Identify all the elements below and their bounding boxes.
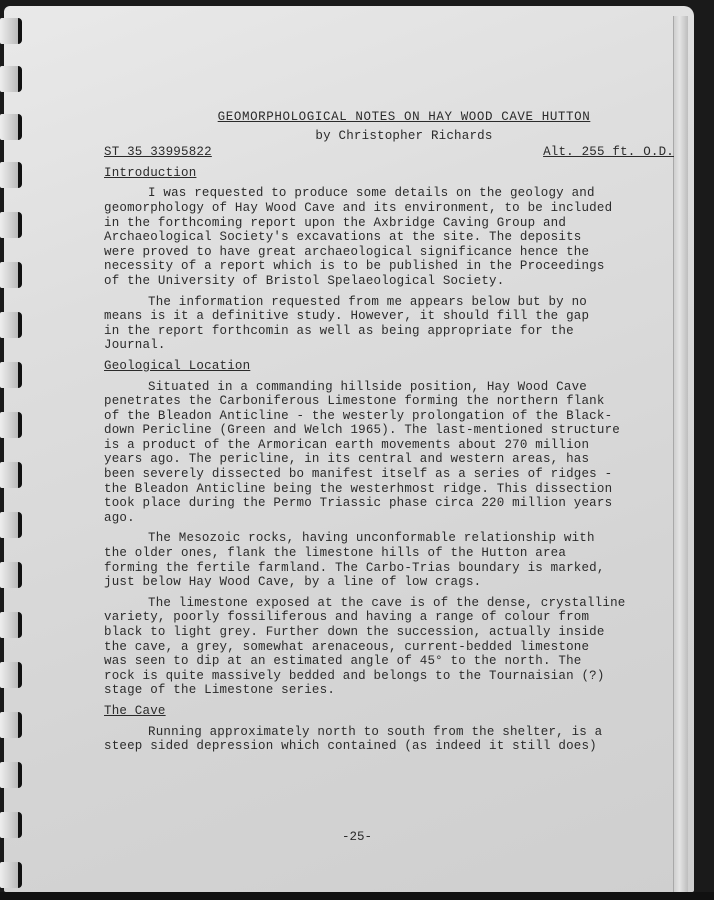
binding-ring bbox=[0, 312, 22, 338]
author-byline: by Christopher Richards bbox=[134, 129, 674, 144]
binding-ring bbox=[0, 462, 22, 488]
paragraph: Situated in a commanding hillside positi… bbox=[104, 380, 674, 526]
paragraph: Running approximately north to south fro… bbox=[104, 725, 674, 754]
paragraph: The information requested from me appear… bbox=[104, 295, 674, 353]
paragraph: The limestone exposed at the cave is of … bbox=[104, 596, 674, 698]
binding-ring bbox=[0, 862, 22, 888]
document-title: GEOMORPHOLOGICAL NOTES ON HAY WOOD CAVE … bbox=[134, 110, 674, 125]
paragraph: I was requested to produce some details … bbox=[104, 186, 674, 288]
reference-row: ST 35 33995822 Alt. 255 ft. O.D. bbox=[104, 145, 674, 160]
binding-ring bbox=[0, 114, 22, 140]
spiral-binding bbox=[0, 0, 22, 900]
binding-ring bbox=[0, 262, 22, 288]
grid-reference: ST 35 33995822 bbox=[104, 145, 212, 160]
document-body: GEOMORPHOLOGICAL NOTES ON HAY WOOD CAVE … bbox=[104, 110, 674, 754]
binding-ring bbox=[0, 762, 22, 788]
binding-ring bbox=[0, 662, 22, 688]
binding-ring bbox=[0, 412, 22, 438]
page-stack-edge bbox=[673, 16, 688, 896]
binding-ring bbox=[0, 712, 22, 738]
page-number: -25- bbox=[0, 830, 714, 844]
section-heading-geological-location: Geological Location bbox=[104, 359, 674, 374]
section-heading-introduction: Introduction bbox=[104, 166, 674, 181]
background-shadow bbox=[0, 892, 714, 900]
binding-ring bbox=[0, 66, 22, 92]
binding-ring bbox=[0, 212, 22, 238]
binding-ring bbox=[0, 562, 22, 588]
section-heading-the-cave: The Cave bbox=[104, 704, 674, 719]
binding-ring bbox=[0, 362, 22, 388]
altitude: Alt. 255 ft. O.D. bbox=[543, 145, 674, 160]
binding-ring bbox=[0, 612, 22, 638]
binding-ring bbox=[0, 18, 22, 44]
paragraph: The Mesozoic rocks, having unconformable… bbox=[104, 531, 674, 589]
binding-ring bbox=[0, 512, 22, 538]
binding-ring bbox=[0, 162, 22, 188]
